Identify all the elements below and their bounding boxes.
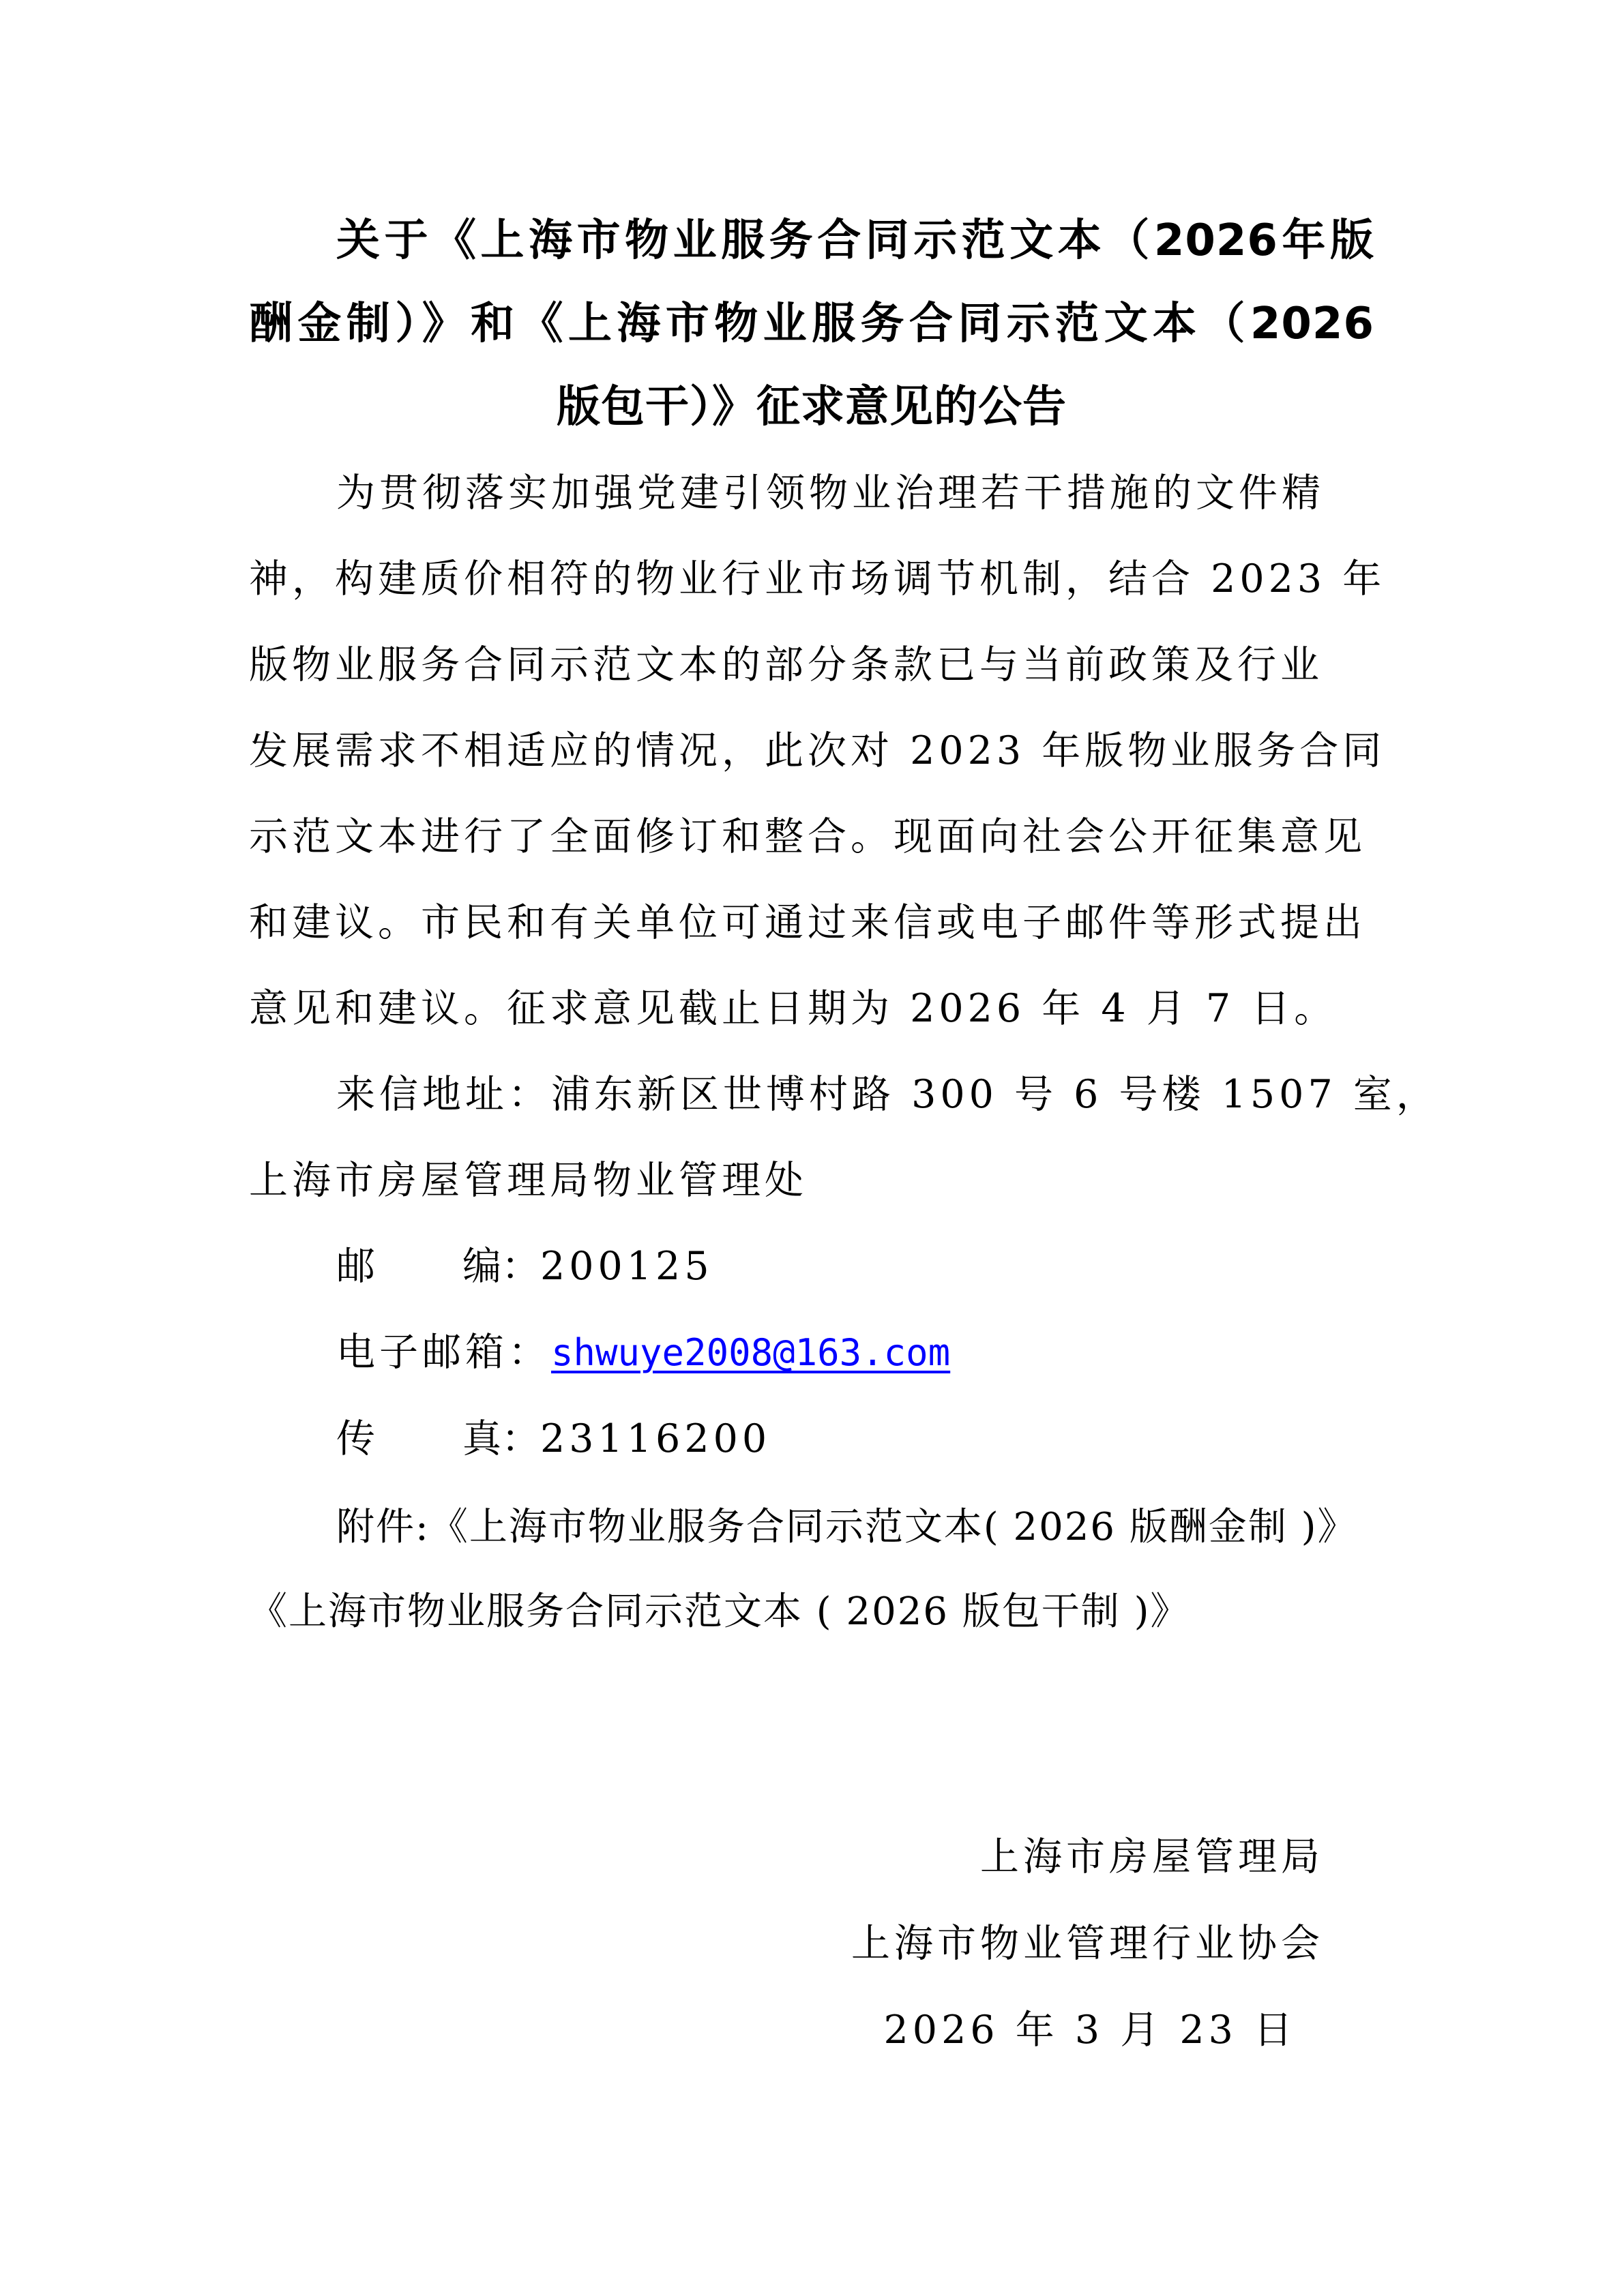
address-line-2: 上海市房屋管理局物业管理处 — [249, 1137, 1374, 1223]
address-label: 来信地址： — [336, 1052, 551, 1137]
attachment-item: 《上海市物业服务合同示范文本 ( 2026 版包干制 )》 — [249, 1570, 1374, 1654]
title-line-1: 关于《上海市物业服务合同示范文本（2026年版 — [249, 199, 1374, 282]
fax-label: 传真： — [336, 1396, 540, 1482]
signature-org-2: 上海市物业管理行业协会 — [851, 1900, 1324, 1987]
body-line: 发展需求不相适应的情况，此次对 2023 年版物业服务合同 — [249, 708, 1374, 794]
email-label: 电子邮箱： — [336, 1309, 551, 1395]
signature-date: 2026 年 3 月 23 日 — [851, 1987, 1324, 2074]
email-row: 电子邮箱：shwuye2008@163.com — [249, 1309, 1374, 1396]
fax-row: 传真：23116200 — [249, 1396, 1374, 1482]
attachment-item: 《上海市物业服务合同示范文本( 2026 版酬金制 )》 — [430, 1505, 1357, 1549]
intro-paragraph: 为贯彻落实加强党建引领物业治理若干措施的文件精 神，构建质价相符的物业行业市场调… — [249, 450, 1374, 1052]
attachment-row-1: 附件:《上海市物业服务合同示范文本( 2026 版酬金制 )》 — [249, 1485, 1374, 1570]
contact-block: 来信地址：浦东新区世博村路 300 号 6 号楼 1507 室， 上海市房屋管理… — [249, 1052, 1374, 1482]
title-line-3: 版包干）》征求意见的公告 — [249, 366, 1374, 449]
postcode-row: 邮编：200125 — [249, 1223, 1374, 1309]
body-line: 意见和建议。征求意见截止日期为 2026 年 4 月 7 日。 — [249, 966, 1374, 1052]
signature-org-1: 上海市房屋管理局 — [851, 1814, 1324, 1900]
email-link[interactable]: shwuye2008@163.com — [551, 1331, 950, 1374]
attachment-label: 附件: — [336, 1505, 430, 1549]
postcode-value: 200125 — [540, 1244, 713, 1289]
body-line: 示范文本进行了全面修订和整合。现面向社会公开征集意见 — [249, 794, 1374, 880]
document-title: 关于《上海市物业服务合同示范文本（2026年版 酬金制）》和《上海市物业服务合同… — [249, 199, 1374, 449]
signature-block: 上海市房屋管理局 上海市物业管理行业协会 2026 年 3 月 23 日 — [851, 1814, 1324, 2074]
title-line-2: 酬金制）》和《上海市物业服务合同示范文本（2026 — [249, 282, 1374, 366]
document-body: 为贯彻落实加强党建引领物业治理若干措施的文件精 神，构建质价相符的物业行业市场调… — [249, 450, 1374, 1482]
body-line: 为贯彻落实加强党建引领物业治理若干措施的文件精 — [249, 450, 1374, 536]
address-row: 来信地址：浦东新区世博村路 300 号 6 号楼 1507 室， — [249, 1052, 1374, 1137]
address-value: 浦东新区世博村路 300 号 6 号楼 1507 室， — [551, 1072, 1439, 1117]
fax-value: 23116200 — [540, 1416, 771, 1461]
attachments-block: 附件:《上海市物业服务合同示范文本( 2026 版酬金制 )》 《上海市物业服务… — [249, 1485, 1374, 1654]
body-line: 神，构建质价相符的物业行业市场调节机制，结合 2023 年 — [249, 536, 1374, 622]
body-line: 和建议。市民和有关单位可通过来信或电子邮件等形式提出 — [249, 880, 1374, 966]
postcode-label: 邮编： — [336, 1223, 540, 1309]
body-line: 版物业服务合同示范文本的部分条款已与当前政策及行业 — [249, 622, 1374, 708]
